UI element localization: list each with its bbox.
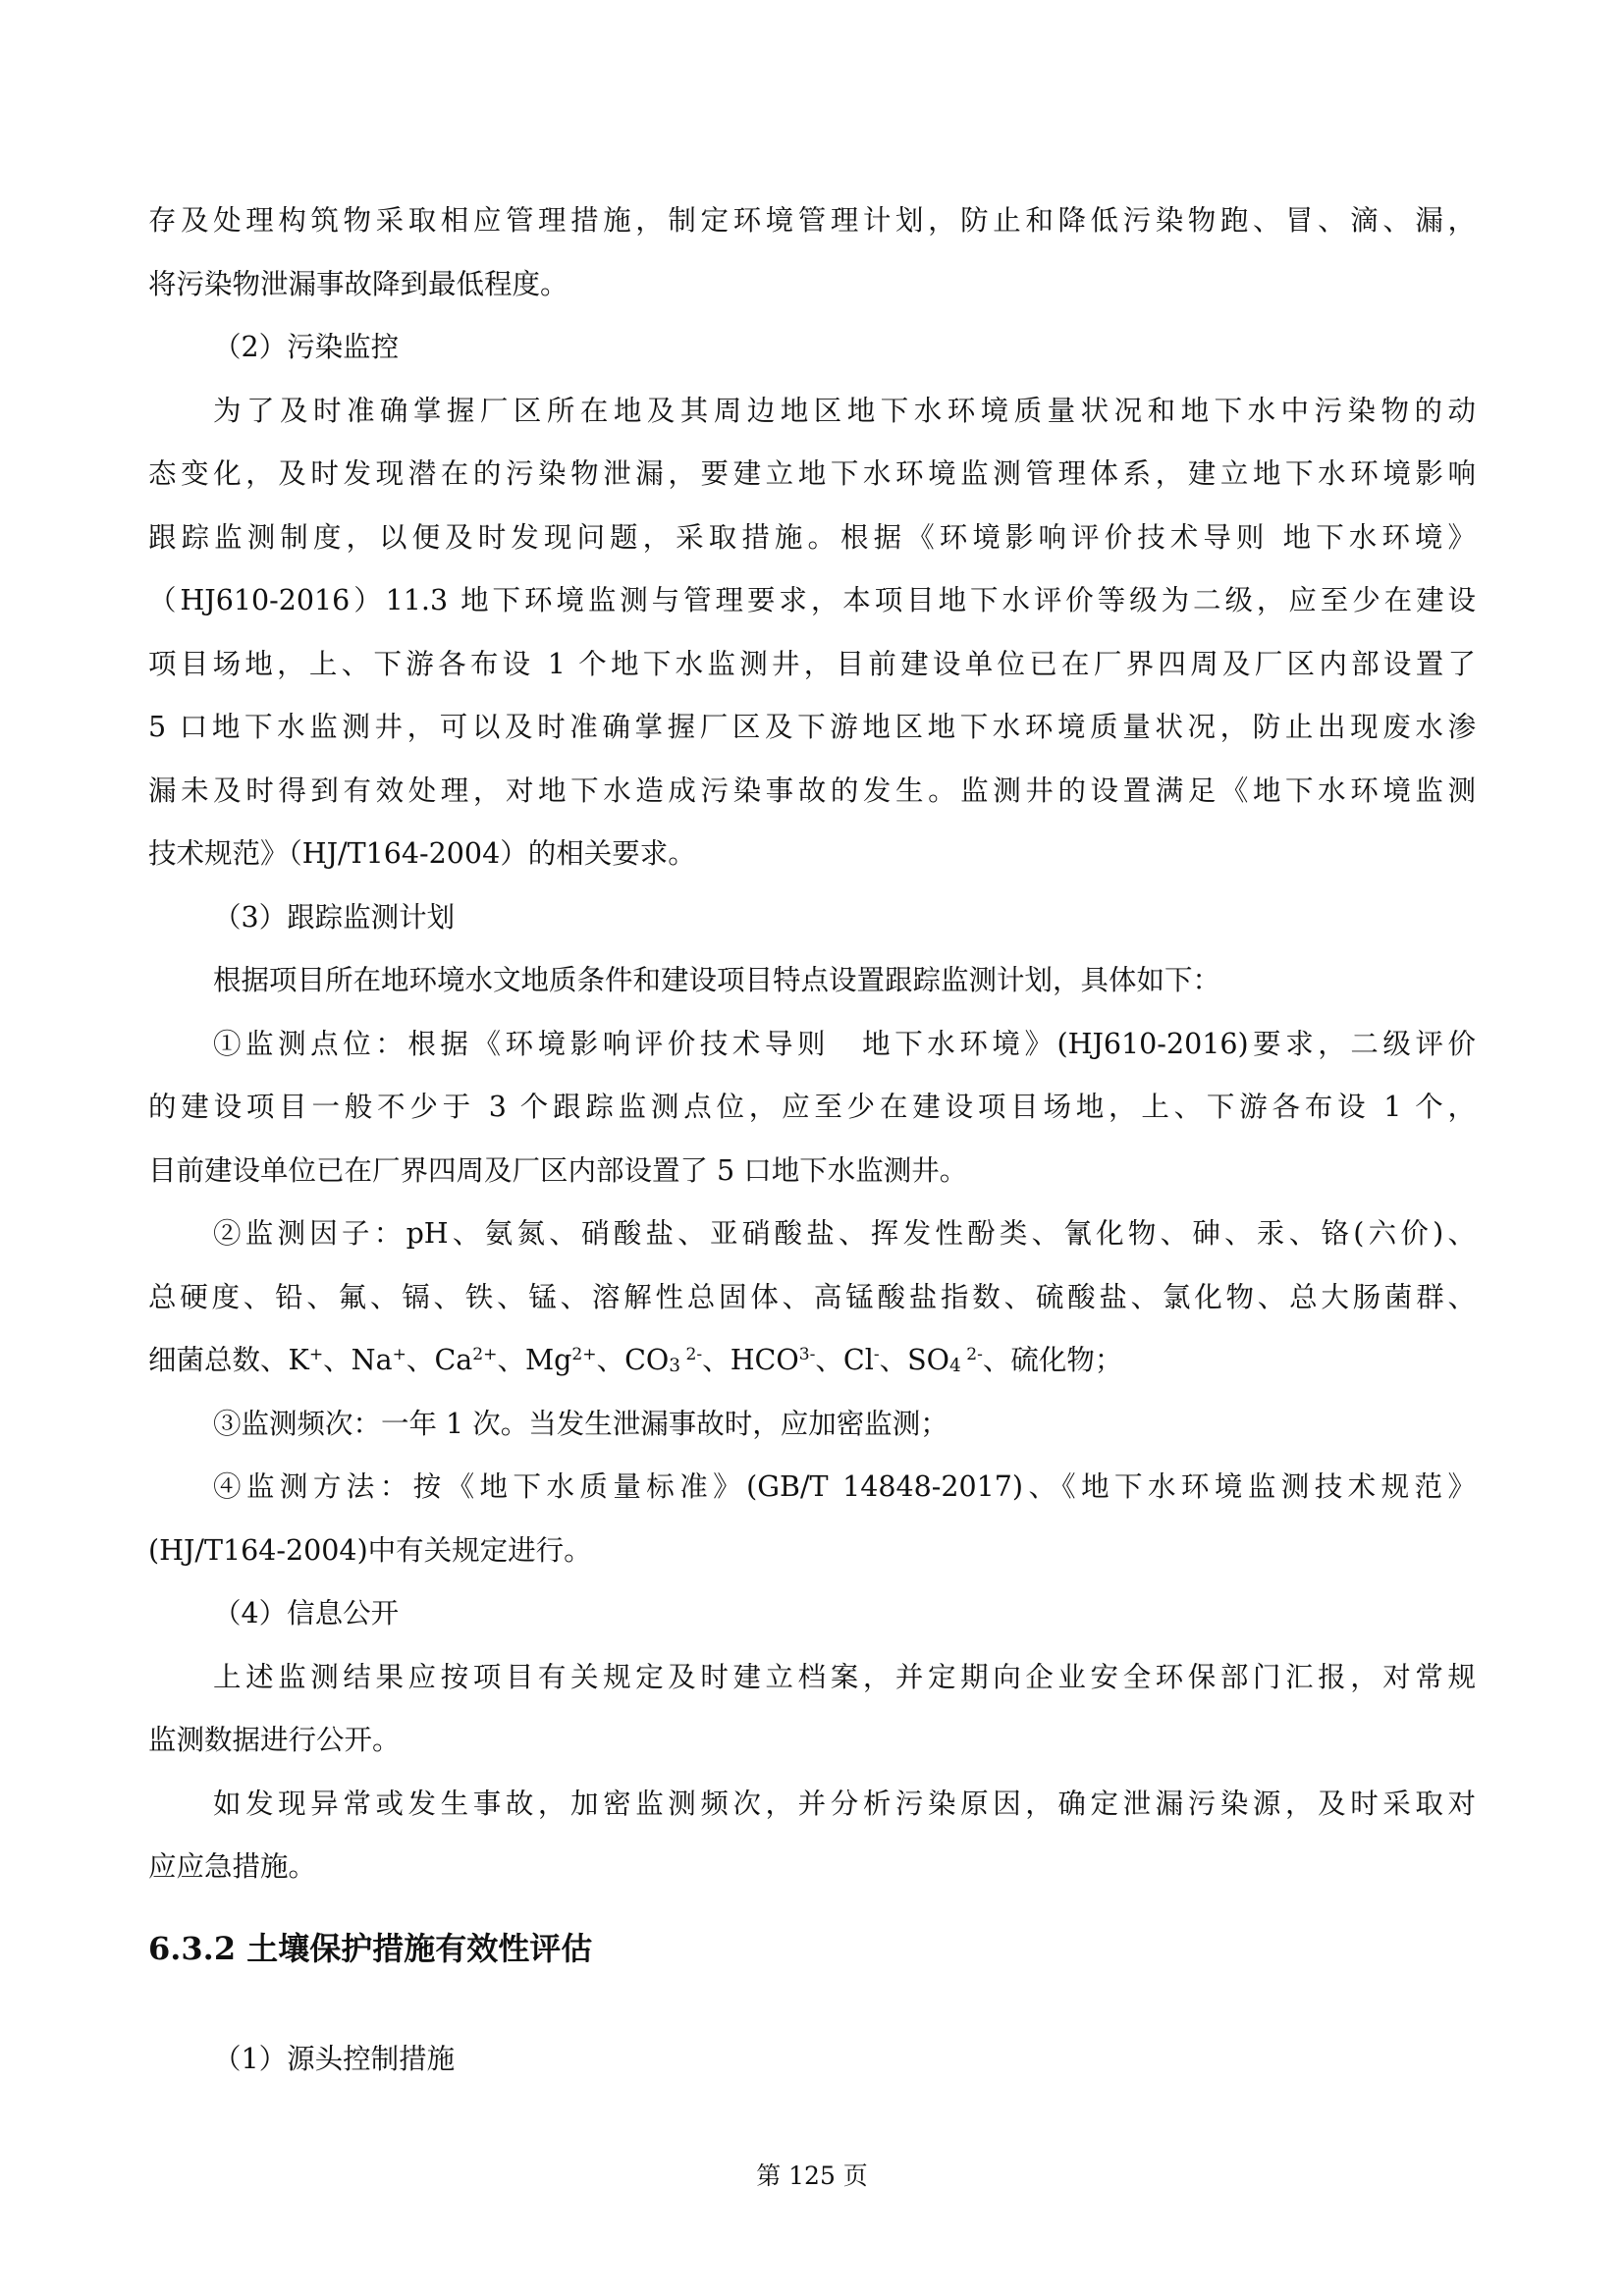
paragraph-line: 的建设项目一般不少于 3 个跟踪监测点位，应至少在建设项目场地，上、下游各布设 … [148,1088,1476,1127]
paragraph-line: 跟踪监测制度，以便及时发现问题，采取措施。根据《环境影响评价技术导则 地下水环境… [148,518,1476,558]
paragraph-line: （HJ610-2016）11.3 地下环境监测与管理要求，本项目地下水评价等级为… [148,581,1476,620]
ion-formula: SO4 2- [907,1344,983,1376]
ions-prefix: 细菌总数、 [148,1344,289,1376]
paragraph-last-line: 目前建设单位已在厂界四周及厂区内部设置了 5 口地下水监测井。 [148,1151,1476,1191]
paragraph-first-line: 如发现异常或发生事故，加密监测频次，并分析污染原因，确定泄漏污染源，及时采取对 [213,1785,1476,1824]
ion-formula: Ca2+ [434,1344,497,1376]
ion-formula: Cl- [843,1344,880,1376]
subsection-title: （2）污染监控 [213,328,399,367]
paragraph-first-line: ①监测点位：根据《环境影响评价技术导则 地下水环境》(HJ610-2016)要求… [213,1025,1476,1064]
paragraph-line: 根据项目所在地环境水文地质条件和建设项目特点设置跟踪监测计划，具体如下： [213,961,1476,1000]
paragraph-last-line: 应应急措施。 [148,1847,1476,1887]
paragraph-last-line: (HJ/T164-2004)中有关规定进行。 [148,1531,1476,1571]
ion-formula: CO3 2- [624,1344,702,1376]
ion-formula: Na+ [352,1344,406,1376]
paragraph-first-line: 上述监测结果应按项目有关规定及时建立档案，并定期向企业安全环保部门汇报，对常规 [213,1658,1476,1697]
paragraph-line: 存及处理构筑物采取相应管理措施，制定环境管理计划，防止和降低污染物跑、冒、滴、漏… [148,201,1476,240]
paragraph-line: 态变化，及时发现潜在的污染物泄漏，要建立地下水环境监测管理体系，建立地下水环境影… [148,454,1476,494]
subsection-title: （3）跟踪监测计划 [213,898,455,937]
paragraph-line: 5 口地下水监测井，可以及时准确掌握厂区及下游地区地下水环境质量状况，防止出现废… [148,708,1476,747]
paragraph-first-line: ④监测方法：按《地下水质量标准》(GB/T 14848-2017)、《地下水环境… [213,1468,1476,1507]
paragraph-first-line: 为了及时准确掌握厂区所在地及其周边地区地下水环境质量状况和地下水中污染物的动 [213,392,1476,431]
paragraph-line: 项目场地，上、下游各布设 1 个地下水监测井，目前建设单位已在厂界四周及厂区内部… [148,645,1476,684]
section-heading: 6.3.2 土壤保护措施有效性评估 [148,1927,592,1970]
paragraph-last-line: 技术规范》（HJ/T164-2004）的相关要求。 [148,834,1476,874]
ion-formula: Mg2+ [525,1344,597,1376]
ion-formula: K+ [289,1344,324,1376]
paragraph-last-line: 监测数据进行公开。 [148,1721,1476,1760]
paragraph-line: 漏未及时得到有效处理，对地下水造成污染事故的发生。监测井的设置满足《地下水环境监… [148,772,1476,811]
paragraph-first-line: ②监测因子：pH、氨氮、硝酸盐、亚硝酸盐、挥发性酚类、氰化物、砷、汞、铬(六价)… [213,1214,1476,1254]
paragraph-line: ③监测频次：一年 1 次。当发生泄漏事故时，应加密监测； [213,1405,1476,1444]
monitoring-ions-line: 细菌总数、K+、Na+、Ca2+、Mg2+、CO3 2-、HCO3-、Cl-、S… [148,1341,1476,1380]
ion-formula: HCO3- [731,1344,816,1376]
subsection-title: （4）信息公开 [213,1594,399,1633]
paragraph-last-line: 将污染物泄漏事故降到最低程度。 [148,265,1476,304]
page-number: 第 125 页 [0,2160,1624,2193]
paragraph-line: 总硬度、铅、氟、镉、铁、锰、溶解性总固体、高锰酸盐指数、硫酸盐、氯化物、总大肠菌… [148,1278,1476,1317]
ions-suffix: 、硫化物； [983,1344,1123,1376]
subsection-source-control: （1）源头控制措施 [213,2040,455,2079]
